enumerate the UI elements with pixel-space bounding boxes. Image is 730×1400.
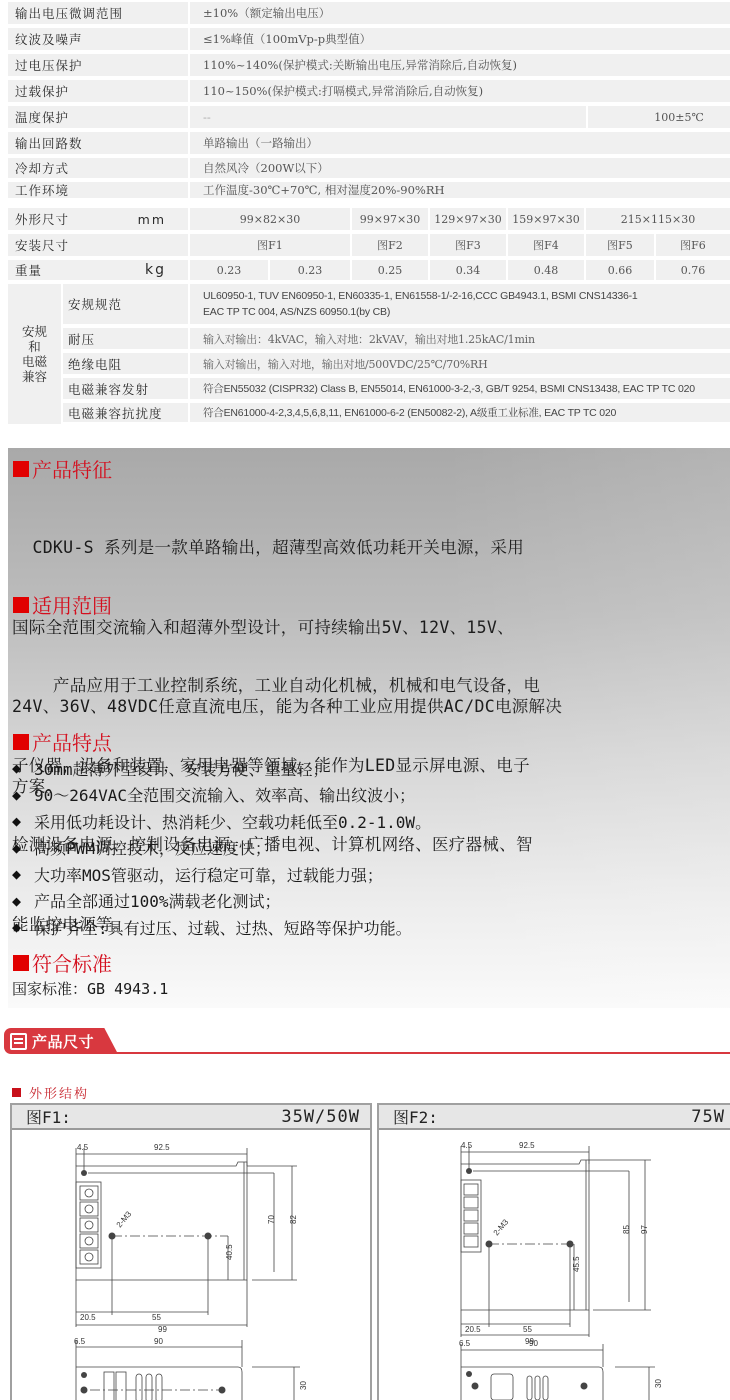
list-item: ◆30mm超薄外型设计、安装方便、重量轻；: [12, 755, 431, 782]
list-item: ◆大功率MOS管驱动，运行稳定可靠，过载能力强；: [12, 861, 431, 888]
diamond-bullet-icon: ◆: [12, 786, 34, 804]
banner-divider: [110, 1052, 730, 1054]
diamond-bullet-icon: ◆: [12, 759, 34, 777]
emc-value: 输入对输出：4kVAC，输入对地：2kVAV，输出对地1.25kAC/1min: [190, 328, 730, 349]
red-square-icon: [13, 597, 29, 613]
drawing-f2: 4.5 92.5 20.5 55 99 85 97 45.5 2-M3 6.5 …: [379, 1132, 730, 1400]
dim-cell: 99×97×30: [352, 208, 430, 230]
svg-text:30: 30: [654, 1379, 663, 1388]
spec-label: 输出电压微调范围: [8, 2, 190, 24]
mount-cell: 图F4: [508, 234, 586, 256]
svg-text:4.5: 4.5: [77, 1143, 89, 1152]
spec-label: 冷却方式: [8, 158, 190, 178]
emc-label: 绝缘电阻: [63, 353, 190, 374]
emc-label: 耐压: [63, 328, 190, 349]
spec-label: 安装尺寸: [8, 234, 190, 256]
red-square-icon: [12, 1088, 21, 1097]
dim-cell: 159×97×30: [508, 208, 586, 230]
mounting-row: 安装尺寸 图F1 图F2 图F3 图F4 图F5 图F6: [8, 234, 730, 258]
unit-label: kg: [145, 262, 166, 278]
list-item: ◆高频PWM调控技术，反应速度快；: [12, 835, 431, 862]
dim-cell: 99×82×30: [190, 208, 352, 230]
svg-text:6.5: 6.5: [74, 1337, 86, 1346]
mount-cell: 图F5: [586, 234, 656, 256]
mount-cell: 图F1: [190, 234, 352, 256]
svg-text:4.5: 4.5: [461, 1141, 473, 1150]
emc-value: 输入对输出，输入对地，输出对地/500VDC/25℃/70%RH: [190, 353, 730, 374]
svg-text:6.5: 6.5: [459, 1339, 471, 1348]
svg-text:20.5: 20.5: [80, 1313, 96, 1322]
svg-text:20.5: 20.5: [465, 1325, 481, 1334]
svg-text:85: 85: [622, 1225, 631, 1234]
dimensions-row: 外形尺寸mm 99×82×30 99×97×30 129×97×30 159×9…: [8, 208, 730, 232]
emc-label: 安规规范: [63, 284, 190, 324]
svg-text:99: 99: [158, 1325, 167, 1334]
red-square-icon: [13, 734, 29, 750]
spec-value: 自然风冷（200W以下）: [190, 158, 730, 178]
weight-cell: 0.34: [430, 260, 508, 280]
weight-cell: 0.48: [508, 260, 586, 280]
list-item: ◆采用低功耗设计、热消耗少、空载功耗低至0.2-1.0W。: [12, 808, 431, 835]
spec-label: 外形尺寸mm: [8, 208, 190, 230]
svg-text:45.5: 45.5: [572, 1256, 581, 1272]
diamond-bullet-icon: ◆: [12, 839, 34, 857]
figure-power: 75W: [691, 1107, 725, 1127]
emc-row: 绝缘电阻 输入对输出，输入对地，输出对地/500VDC/25℃/70%RH: [63, 353, 730, 376]
drawing-f1: 4.5 92.5 20.5 55 99 70 82 40.5 2-M3 6.5 …: [12, 1132, 370, 1400]
svg-text:40.5: 40.5: [225, 1244, 234, 1260]
spec-label: 纹波及噪声: [8, 28, 190, 50]
figure-power: 35W/50W: [281, 1107, 360, 1127]
weight-cell: 0.23: [270, 260, 352, 280]
diamond-bullet-icon: ◆: [12, 892, 34, 910]
list-item: ◆保护齐全:具有过压、过载、过热、短路等保护功能。: [12, 914, 431, 941]
emc-row: 电磁兼容发射 符合EN55032 (CISPR32) Class B, EN55…: [63, 378, 730, 401]
emc-group-label: 安规 和 电磁 兼容: [8, 284, 63, 424]
red-square-icon: [13, 461, 29, 477]
emc-row: 安规规范 UL60950-1, TUV EN60950-1, EN60335-1…: [63, 284, 730, 326]
spec-row: 输出电压微调范围 ±10%（额定输出电压）: [8, 2, 730, 26]
svg-text:92.5: 92.5: [154, 1143, 170, 1152]
svg-text:55: 55: [523, 1325, 532, 1334]
list-item: ◆90～264VAC全范围交流输入、效率高、输出纹波小；: [12, 782, 431, 809]
product-size-banner: 产品尺寸: [0, 1028, 730, 1056]
dim-cell: 129×97×30: [430, 208, 508, 230]
spec-label: 工作环境: [8, 182, 190, 198]
emc-value: 符合EN61000-4-2,3,4,5,6,8,11, EN61000-6-2 …: [190, 403, 730, 422]
spec-value-right: 100±5℃: [588, 106, 730, 128]
unit-label: mm: [138, 212, 166, 227]
red-square-icon: [13, 955, 29, 971]
svg-text:97: 97: [640, 1225, 649, 1234]
section-heading-scope: 适用范围: [13, 590, 112, 619]
emc-row: 电磁兼容抗扰度 符合EN61000-4-2,3,4,5,6,8,11, EN61…: [63, 403, 730, 424]
spec-row: 纹波及噪声 ≤1%峰值（100mVp-p典型值）: [8, 28, 730, 52]
document-icon: [10, 1033, 27, 1050]
spec-value: 110~150%(保护模式:打嗝模式,异常消除后,自动恢复): [190, 80, 730, 102]
spec-label: 温度保护: [8, 106, 190, 128]
figure-f1: 图F1: 35W/50W: [10, 1103, 372, 1400]
highlights-list: ◆30mm超薄外型设计、安装方便、重量轻； ◆90～264VAC全范围交流输入、…: [12, 755, 431, 941]
svg-text:55: 55: [152, 1313, 161, 1322]
spec-row: 工作环境 工作温度-30℃+70℃, 相对湿度20%-90%RH: [8, 182, 730, 204]
diamond-bullet-icon: ◆: [12, 918, 34, 936]
emc-value: UL60950-1, TUV EN60950-1, EN60335-1, EN6…: [190, 284, 730, 324]
svg-text:82: 82: [289, 1215, 298, 1224]
section-heading-standards: 符合标准: [13, 948, 112, 977]
weight-cell: 0.76: [656, 260, 730, 280]
spec-row: 过电压保护 110%~140%(保护模式:关断输出电压,异常消除后,自动恢复): [8, 54, 730, 78]
spec-value: 工作温度-30℃+70℃, 相对湿度20%-90%RH: [190, 182, 730, 198]
diamond-bullet-icon: ◆: [12, 865, 34, 883]
svg-text:2-M3: 2-M3: [115, 1209, 134, 1229]
spec-row: 温度保护 -- 100±5℃: [8, 106, 730, 130]
spec-value: 单路输出（一路输出）: [190, 132, 730, 154]
figure-header: 图F2: 75W: [379, 1105, 730, 1130]
svg-text:70: 70: [267, 1215, 276, 1224]
svg-text:2-M3: 2-M3: [492, 1217, 511, 1237]
spec-row: 过载保护 110~150%(保护模式:打嗝模式,异常消除后,自动恢复): [8, 80, 730, 104]
spec-value: ≤1%峰值（100mVp-p典型值）: [190, 28, 730, 50]
diamond-bullet-icon: ◆: [12, 812, 34, 830]
spec-label: 过电压保护: [8, 54, 190, 76]
svg-text:90: 90: [154, 1337, 163, 1346]
emc-block: 安规 和 电磁 兼容 安规规范 UL60950-1, TUV EN60950-1…: [8, 284, 730, 424]
mount-cell: 图F3: [430, 234, 508, 256]
weight-cell: 0.66: [586, 260, 656, 280]
features-panel: 产品特征 CDKU-S 系列是一款单路输出，超薄型高效低功耗开关电源，采用 国际…: [8, 448, 730, 1008]
emc-label: 电磁兼容发射: [63, 378, 190, 399]
dim-cell: 215×115×30: [586, 208, 730, 230]
mount-cell: 图F2: [352, 234, 430, 256]
mount-cell: 图F6: [656, 234, 730, 256]
spec-row: 输出回路数 单路输出（一路输出）: [8, 132, 730, 156]
figure-title: 图F1:: [26, 1105, 71, 1128]
weight-row: 重量kg 0.23 0.23 0.25 0.34 0.48 0.66 0.76: [8, 260, 730, 282]
emc-row: 耐压 输入对输出：4kVAC，输入对地：2kVAV，输出对地1.25kAC/1m…: [63, 328, 730, 351]
emc-label: 电磁兼容抗扰度: [63, 403, 190, 422]
spec-value: 110%~140%(保护模式:关断输出电压,异常消除后,自动恢复): [190, 54, 730, 76]
figure-f2: 图F2: 75W 4.5 92: [377, 1103, 730, 1400]
figure-title: 图F2:: [393, 1105, 438, 1128]
list-item: ◆产品全部通过100%满载老化测试；: [12, 888, 431, 915]
section-heading-features: 产品特征: [13, 454, 112, 483]
spec-value: ±10%（额定输出电压）: [190, 2, 730, 24]
banner-tab: 产品尺寸: [4, 1028, 118, 1054]
emc-value: 符合EN55032 (CISPR32) Class B, EN55014, EN…: [190, 378, 730, 399]
standards-text: 国家标准：GB 4943.1: [12, 978, 168, 999]
spec-value: --: [190, 106, 588, 128]
spec-label: 过载保护: [8, 80, 190, 102]
weight-cell: 0.25: [352, 260, 430, 280]
svg-text:90: 90: [529, 1339, 538, 1348]
figure-header: 图F1: 35W/50W: [12, 1105, 370, 1130]
spec-label: 重量kg: [8, 260, 190, 280]
spec-label: 输出回路数: [8, 132, 190, 154]
svg-text:92.5: 92.5: [519, 1141, 535, 1150]
svg-text:30: 30: [299, 1381, 308, 1390]
section-heading-highlights: 产品特点: [13, 727, 112, 756]
weight-cell: 0.23: [190, 260, 270, 280]
subheading-outline: 外形结构: [12, 1083, 89, 1102]
spec-row: 冷却方式 自然风冷（200W以下）: [8, 158, 730, 180]
